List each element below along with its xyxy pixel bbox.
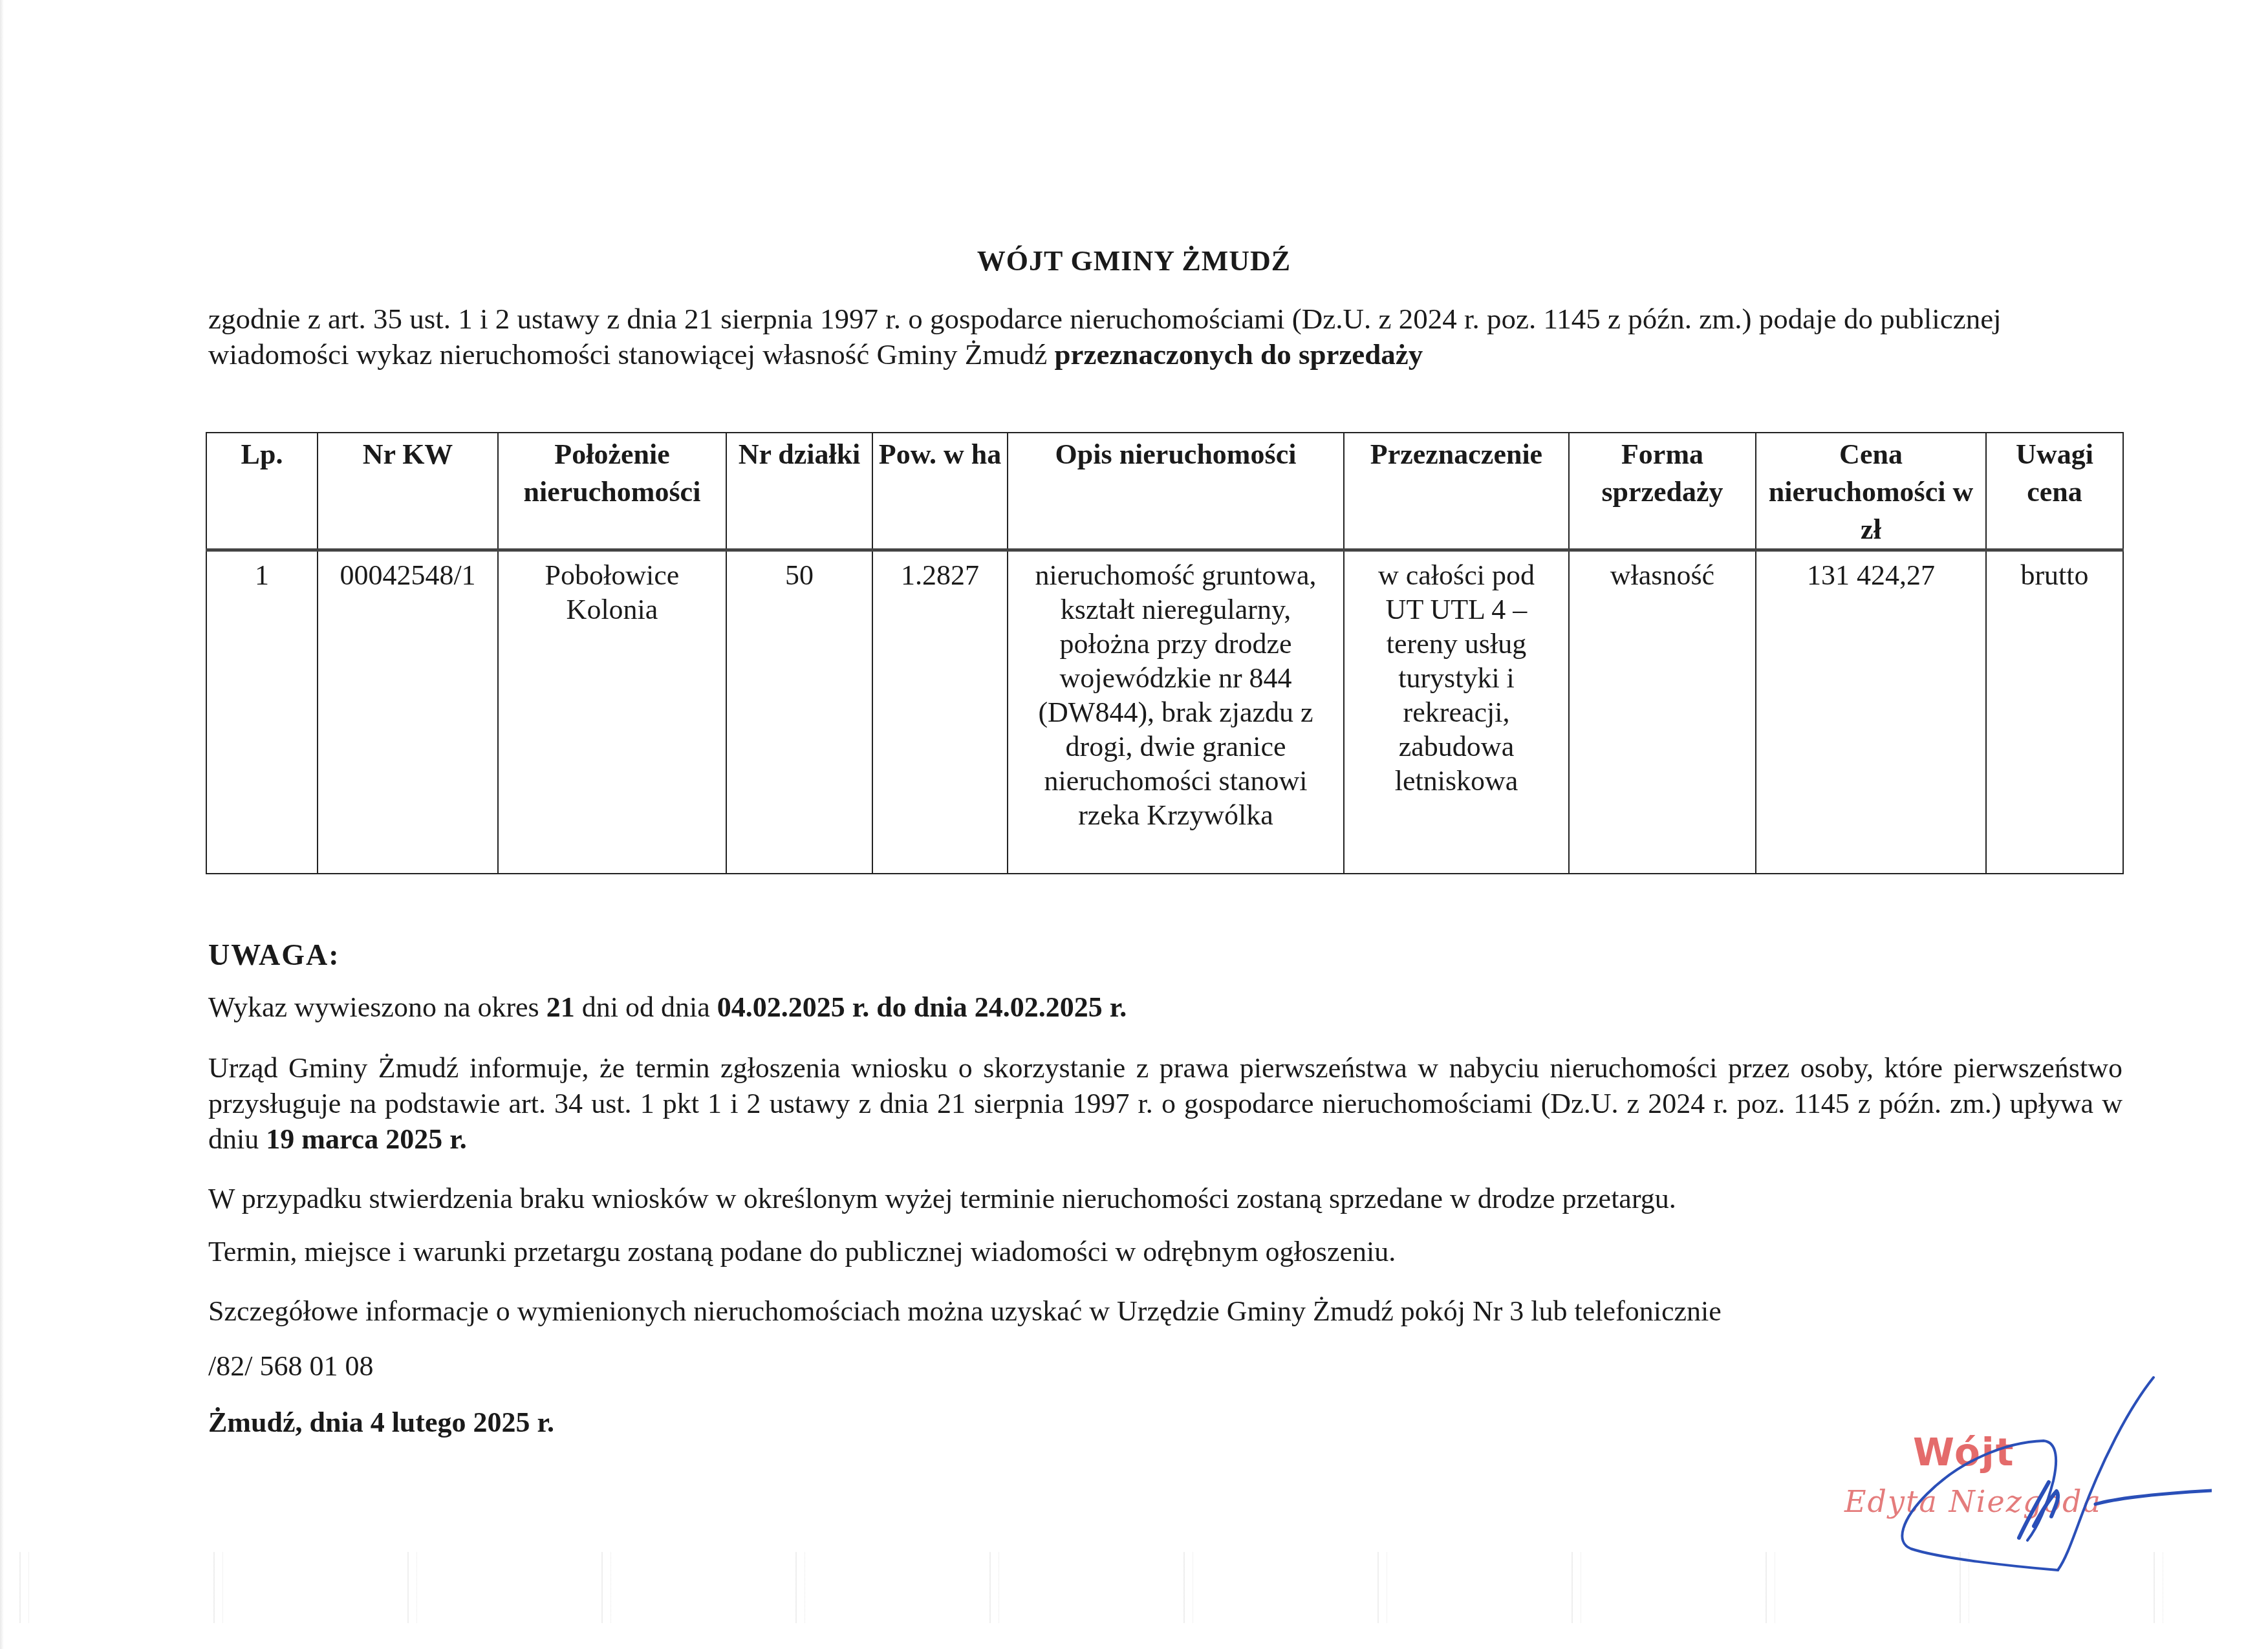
place-date: Żmudź, dnia 4 lutego 2025 r. bbox=[208, 1405, 2122, 1440]
header-lp: Lp. bbox=[206, 433, 318, 550]
bold-deadline: 19 marca 2025 r. bbox=[266, 1123, 466, 1155]
header-forma-sprzedazy: Forma sprzedaży bbox=[1569, 433, 1756, 550]
header-przeznaczenie: Przeznaczenie bbox=[1344, 433, 1569, 550]
cell-przeznaczenie: w całości pod UT UTL 4 – tereny usług tu… bbox=[1344, 550, 1569, 874]
cell-nr-dzialki: 50 bbox=[726, 550, 872, 874]
cell-pow-ha: 1.2827 bbox=[872, 550, 1008, 874]
cell-nr-kw: 00042548/1 bbox=[318, 550, 498, 874]
cell-lp: 1 bbox=[206, 550, 318, 874]
cell-uwagi: brutto bbox=[1986, 550, 2123, 874]
phone-number: /82/ 568 01 08 bbox=[208, 1348, 2122, 1384]
scan-artifacts bbox=[19, 1552, 2251, 1623]
header-pow-ha: Pow. w ha bbox=[872, 433, 1008, 550]
notes-tender-terms: Termin, miejsce i warunki przetargu zost… bbox=[208, 1234, 2122, 1269]
notes-heading: UWAGA: bbox=[208, 938, 340, 972]
handwritten-signature-icon bbox=[1850, 1364, 2212, 1584]
header-nr-kw: Nr KW bbox=[318, 433, 498, 550]
header-polozenie: Położenie nieruchomości bbox=[498, 433, 726, 550]
document-title: WÓJT GMINY ŻMUDŹ bbox=[0, 244, 2268, 277]
table-row: 1 00042548/1 Pobołowice Kolonia 50 1.282… bbox=[206, 550, 2123, 874]
text: dni od dnia bbox=[575, 991, 717, 1023]
cell-polozenie: Pobołowice Kolonia bbox=[498, 550, 726, 874]
header-uwagi: Uwagi cena bbox=[1986, 433, 2123, 550]
notes-posting-period: Wykaz wywieszono na okres 21 dni od dnia… bbox=[208, 989, 2122, 1025]
property-table: Lp. Nr KW Położenie nieruchomości Nr dzi… bbox=[206, 432, 2124, 874]
notes-info: Szczegółowe informacje o wymienionych ni… bbox=[208, 1293, 2122, 1329]
bold-dates: 04.02.2025 r. do dnia 24.02.2025 r. bbox=[717, 991, 1127, 1023]
notes-priority-right: Urząd Gminy Żmudź informuje, że termin z… bbox=[208, 1050, 2122, 1157]
table-header-row: Lp. Nr KW Położenie nieruchomości Nr dzi… bbox=[206, 433, 2123, 550]
cell-forma-sprzedazy: własność bbox=[1569, 550, 1756, 874]
notes-tender: W przypadku stwierdzenia braku wniosków … bbox=[208, 1181, 2122, 1216]
text: Urząd Gminy Żmudź informuje, że termin z… bbox=[208, 1052, 2122, 1155]
cell-opis: nieruchomość gruntowa, kształt nieregula… bbox=[1008, 550, 1344, 874]
intro-paragraph: zgodnie z art. 35 ust. 1 i 2 ustawy z dn… bbox=[208, 301, 2122, 372]
intro-bold: przeznaczonych do sprzedaży bbox=[1054, 338, 1423, 371]
header-opis: Opis nieruchomości bbox=[1008, 433, 1344, 550]
bold-days: 21 bbox=[546, 991, 575, 1023]
header-nr-dzialki: Nr działki bbox=[726, 433, 872, 550]
text: Wykaz wywieszono na okres bbox=[208, 991, 546, 1023]
header-cena: Cena nieruchomości w zł bbox=[1756, 433, 1986, 550]
cell-cena: 131 424,27 bbox=[1756, 550, 1986, 874]
